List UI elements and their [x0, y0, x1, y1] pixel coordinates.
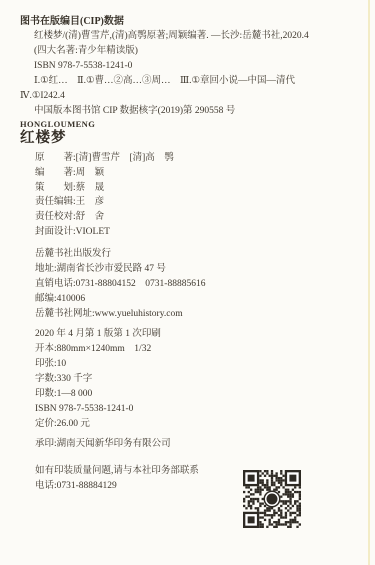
- contact-section: 如有印装质量问题,请与本社印务部联系 电话:0731-88884129: [35, 464, 357, 494]
- field-label: 邮编:: [35, 294, 57, 304]
- cip-section: 图书在版编目(CIP)数据 红楼梦/(清)曹雪芹,(清)高鹗原著;周颖编著. —…: [20, 14, 357, 119]
- field-label: 地址:: [35, 264, 57, 274]
- credit-planner: 策 划:蔡 晟: [35, 181, 357, 196]
- quality-notice: 如有印装质量问题,请与本社印务部联系: [35, 464, 357, 479]
- cip-header: 图书在版编目(CIP)数据: [20, 14, 357, 29]
- field-label: 印数:: [35, 389, 57, 399]
- field-value: 1—8 000: [57, 389, 93, 399]
- print-sheets: 印张:10: [35, 357, 357, 372]
- qr-code: [243, 470, 301, 528]
- credit-original-author: 原 著:[清]曹雪芹 [清]高 鹗: [35, 151, 357, 166]
- field-label: 定价:: [35, 419, 57, 429]
- cip-classification: Ⅰ.①红… Ⅱ.①曹…②高…③周… Ⅲ.①章回小说—中国—清代 Ⅳ.①I242.…: [20, 74, 342, 104]
- field-value: 26.00 元: [57, 419, 90, 429]
- field-label: 承印:: [35, 439, 57, 449]
- field-value: 湖南省长沙市爱民路 47 号: [57, 264, 166, 274]
- credit-managing-editor: 责任编辑:王 彦: [35, 195, 357, 210]
- field-value: 880mm×1240mm 1/32: [57, 344, 152, 354]
- credit-label: 责任编辑:: [35, 197, 76, 207]
- credit-value: VIOLET: [76, 227, 110, 237]
- copyright-page: 图书在版编目(CIP)数据 红楼梦/(清)曹雪芹,(清)高鹗原著;周颖编著. —…: [0, 0, 375, 565]
- credit-editor: 编 著:周 颖: [35, 166, 357, 181]
- print-run: 印数:1—8 000: [35, 387, 357, 402]
- printer-section: 承印:湖南天闻新华印务有限公司: [35, 437, 357, 452]
- credit-proofreader: 责任校对:舒 舍: [35, 210, 357, 225]
- credit-label: 责任校对:: [35, 212, 76, 222]
- publisher-imprint: 岳麓书社出版发行: [35, 247, 357, 262]
- book-title: 红楼梦: [20, 130, 357, 147]
- credit-value: 周 颖: [76, 168, 105, 178]
- printer-line: 承印:湖南天闻新华印务有限公司: [35, 437, 357, 452]
- credit-value: 蔡 晟: [76, 183, 105, 193]
- print-format: 开本:880mm×1240mm 1/32: [35, 342, 357, 357]
- contact-phone: 电话:0731-88884129: [35, 479, 357, 494]
- field-label: 开本:: [35, 344, 57, 354]
- field-label: 岳麓书社网址:: [35, 309, 95, 319]
- credit-label: 原 著:: [35, 153, 76, 163]
- field-value: 410006: [57, 294, 86, 304]
- credit-cover-designer: 封面设计:VIOLET: [35, 225, 357, 240]
- credit-label: 封面设计:: [35, 227, 76, 237]
- cip-record: 红楼梦/(清)曹雪芹,(清)高鹗原著;周颖编著. —长沙:岳麓书社,2020.4: [20, 29, 351, 44]
- printing-section: 2020 年 4 月第 1 版第 1 次印刷 开本:880mm×1240mm 1…: [35, 327, 357, 432]
- print-price: 定价:26.00 元: [35, 417, 357, 432]
- field-value: 湖南天闻新华印务有限公司: [57, 439, 171, 449]
- credit-value: 王 彦: [76, 197, 105, 207]
- field-value: 0731-88884129: [57, 481, 117, 491]
- publisher-sales-phone: 直销电话:0731-88804152 0731-88885616: [35, 277, 357, 292]
- credits-section: 原 著:[清]曹雪芹 [清]高 鹗 编 著:周 颖 策 划:蔡 晟 责任编辑:王…: [35, 151, 357, 240]
- field-value: 10: [57, 359, 67, 369]
- book-title-pinyin: HONGLOUMENG: [20, 119, 357, 130]
- publisher-address: 地址:湖南省长沙市爱民路 47 号: [35, 262, 357, 277]
- title-section: HONGLOUMENG 红楼梦: [20, 119, 357, 147]
- cip-isbn: ISBN 978-7-5538-1241-0: [20, 59, 357, 74]
- print-isbn: ISBN 978-7-5538-1241-0: [35, 402, 357, 417]
- credit-value: [清]曹雪芹 [清]高 鹗: [76, 153, 174, 163]
- field-label: 电话:: [35, 481, 57, 491]
- print-edition: 2020 年 4 月第 1 版第 1 次印刷: [35, 327, 357, 342]
- field-label: 字数:: [35, 374, 57, 384]
- credit-value: 舒 舍: [76, 212, 105, 222]
- cip-registry: 中国版本图书馆 CIP 数据核字(2019)第 290558 号: [20, 104, 357, 119]
- publisher-website: 岳麓书社网址:www.yueluhistory.com: [35, 307, 357, 322]
- credit-label: 编 著:: [35, 168, 76, 178]
- publisher-section: 岳麓书社出版发行 地址:湖南省长沙市爱民路 47 号 直销电话:0731-888…: [35, 247, 357, 322]
- credit-label: 策 划:: [35, 183, 76, 193]
- field-label: 印张:: [35, 359, 57, 369]
- field-value: 330 千字: [57, 374, 93, 384]
- cip-series-note: (四大名著:青少年精读版): [20, 44, 357, 59]
- print-word-count: 字数:330 千字: [35, 372, 357, 387]
- page-edge-line: [368, 0, 370, 565]
- publisher-postcode: 邮编:410006: [35, 292, 357, 307]
- field-value: www.yueluhistory.com: [95, 309, 183, 319]
- field-label: 直销电话:: [35, 279, 76, 289]
- field-value: 0731-88804152 0731-88885616: [76, 279, 206, 289]
